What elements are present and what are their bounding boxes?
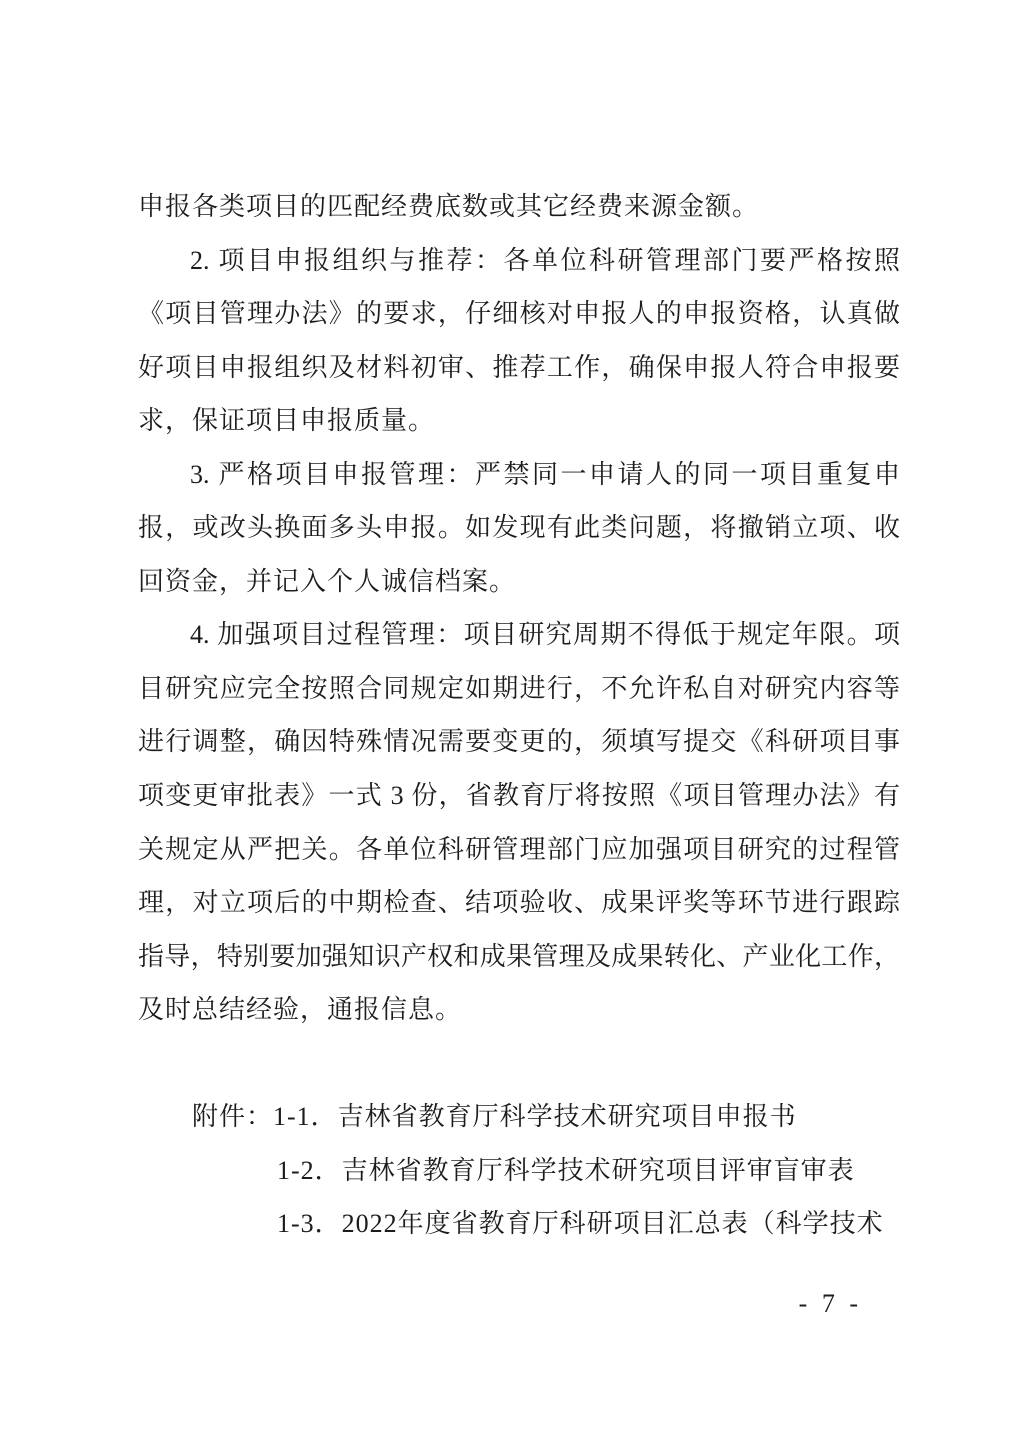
text-line: 及时总结经验，通报信息。 <box>138 983 900 1037</box>
text-line: 《项目管理办法》的要求，仔细核对申报人的申报资格，认真做 <box>138 287 900 341</box>
text-line: 目研究应完全按照合同规定如期进行，不允许私自对研究内容等 <box>138 662 900 716</box>
text-line: 2. 项目申报组织与推荐：各单位科研管理部门要严格按照 <box>138 234 900 288</box>
text-line: 附件：1-1．吉林省教育厅科学技术研究项目申报书 <box>138 1090 900 1144</box>
text-line: 求，保证项目申报质量。 <box>138 394 900 448</box>
text-line: 4. 加强项目过程管理：项目研究周期不得低于规定年限。项 <box>138 608 900 662</box>
text-line: 报，或改头换面多头申报。如发现有此类问题，将撤销立项、收 <box>138 501 900 555</box>
text-line: 1-3．2022年度省教育厅科研项目汇总表（科学技术 <box>138 1197 900 1251</box>
text-line: 理，对立项后的中期检查、结项验收、成果评奖等环节进行跟踪 <box>138 876 900 930</box>
page-number: - 7 - <box>799 1289 862 1319</box>
text-line: 项变更审批表》一式 3 份，省教育厅将按照《项目管理办法》有 <box>138 769 900 823</box>
text-line: 进行调整，确因特殊情况需要变更的，须填写提交《科研项目事 <box>138 715 900 769</box>
text-line: 1-2．吉林省教育厅科学技术研究项目评审盲审表 <box>138 1144 900 1198</box>
text-line: 好项目申报组织及材料初审、推荐工作，确保申报人符合申报要 <box>138 341 900 395</box>
document-page: 申报各类项目的匹配经费底数或其它经费来源金额。2. 项目申报组织与推荐：各单位科… <box>0 0 1024 1448</box>
blank-line <box>138 1037 900 1091</box>
text-line: 指导，特别要加强知识产权和成果管理及成果转化、产业化工作， <box>138 930 900 984</box>
text-line: 回资金，并记入个人诚信档案。 <box>138 555 900 609</box>
document-body: 申报各类项目的匹配经费底数或其它经费来源金额。2. 项目申报组织与推荐：各单位科… <box>138 180 900 1251</box>
text-line: 关规定从严把关。各单位科研管理部门应加强项目研究的过程管 <box>138 823 900 877</box>
text-line: 申报各类项目的匹配经费底数或其它经费来源金额。 <box>138 180 900 234</box>
text-line: 3. 严格项目申报管理：严禁同一申请人的同一项目重复申 <box>138 448 900 502</box>
